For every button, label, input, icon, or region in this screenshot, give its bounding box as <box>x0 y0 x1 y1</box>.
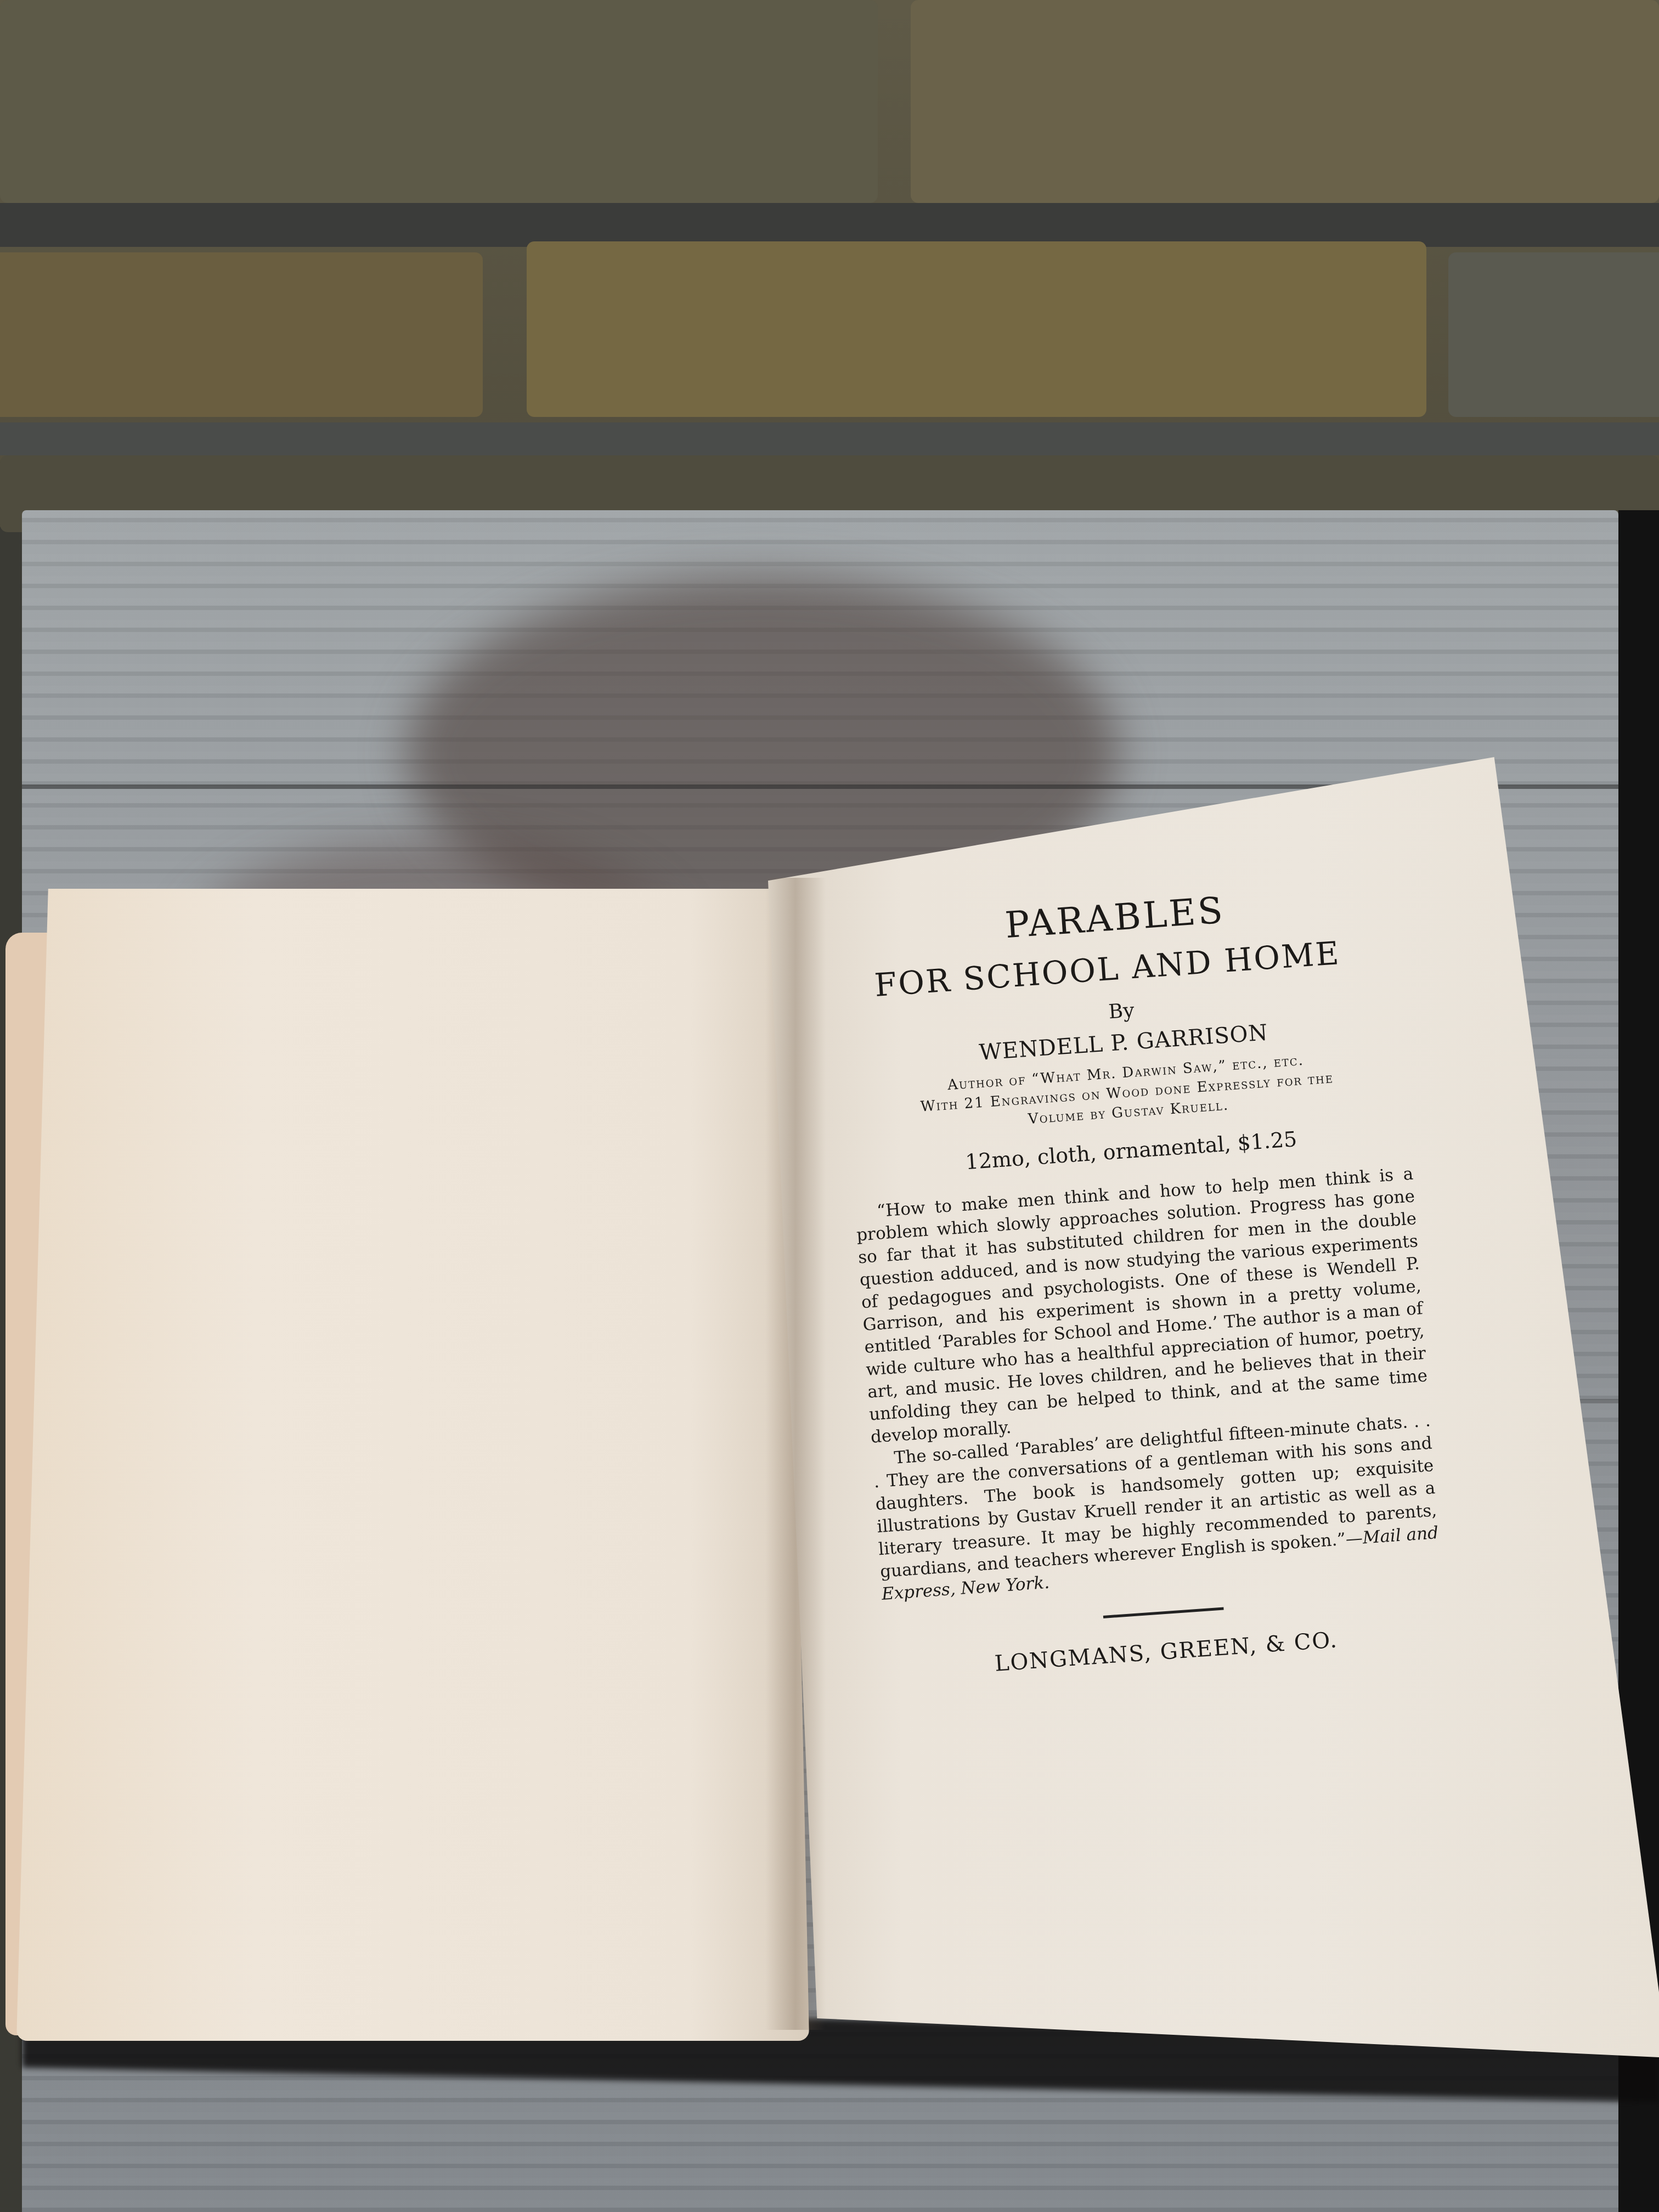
mortar-line <box>0 203 1659 247</box>
review-quote: “How to make men think and how to help m… <box>854 1163 1441 1606</box>
title-page-text: PARABLES FOR SCHOOL AND HOME By WENDELL … <box>834 872 1446 1684</box>
divider-rule <box>1103 1607 1224 1618</box>
brick-wall <box>0 0 1659 527</box>
left-page-blank <box>16 889 809 2041</box>
review-paragraph: “How to make men think and how to help m… <box>854 1163 1430 1449</box>
brick <box>1448 252 1659 417</box>
book-spine <box>765 878 826 2030</box>
brick <box>527 241 1426 417</box>
brick <box>0 252 483 417</box>
brick <box>0 0 878 203</box>
brick <box>911 0 1659 203</box>
mortar-line <box>0 422 1659 455</box>
